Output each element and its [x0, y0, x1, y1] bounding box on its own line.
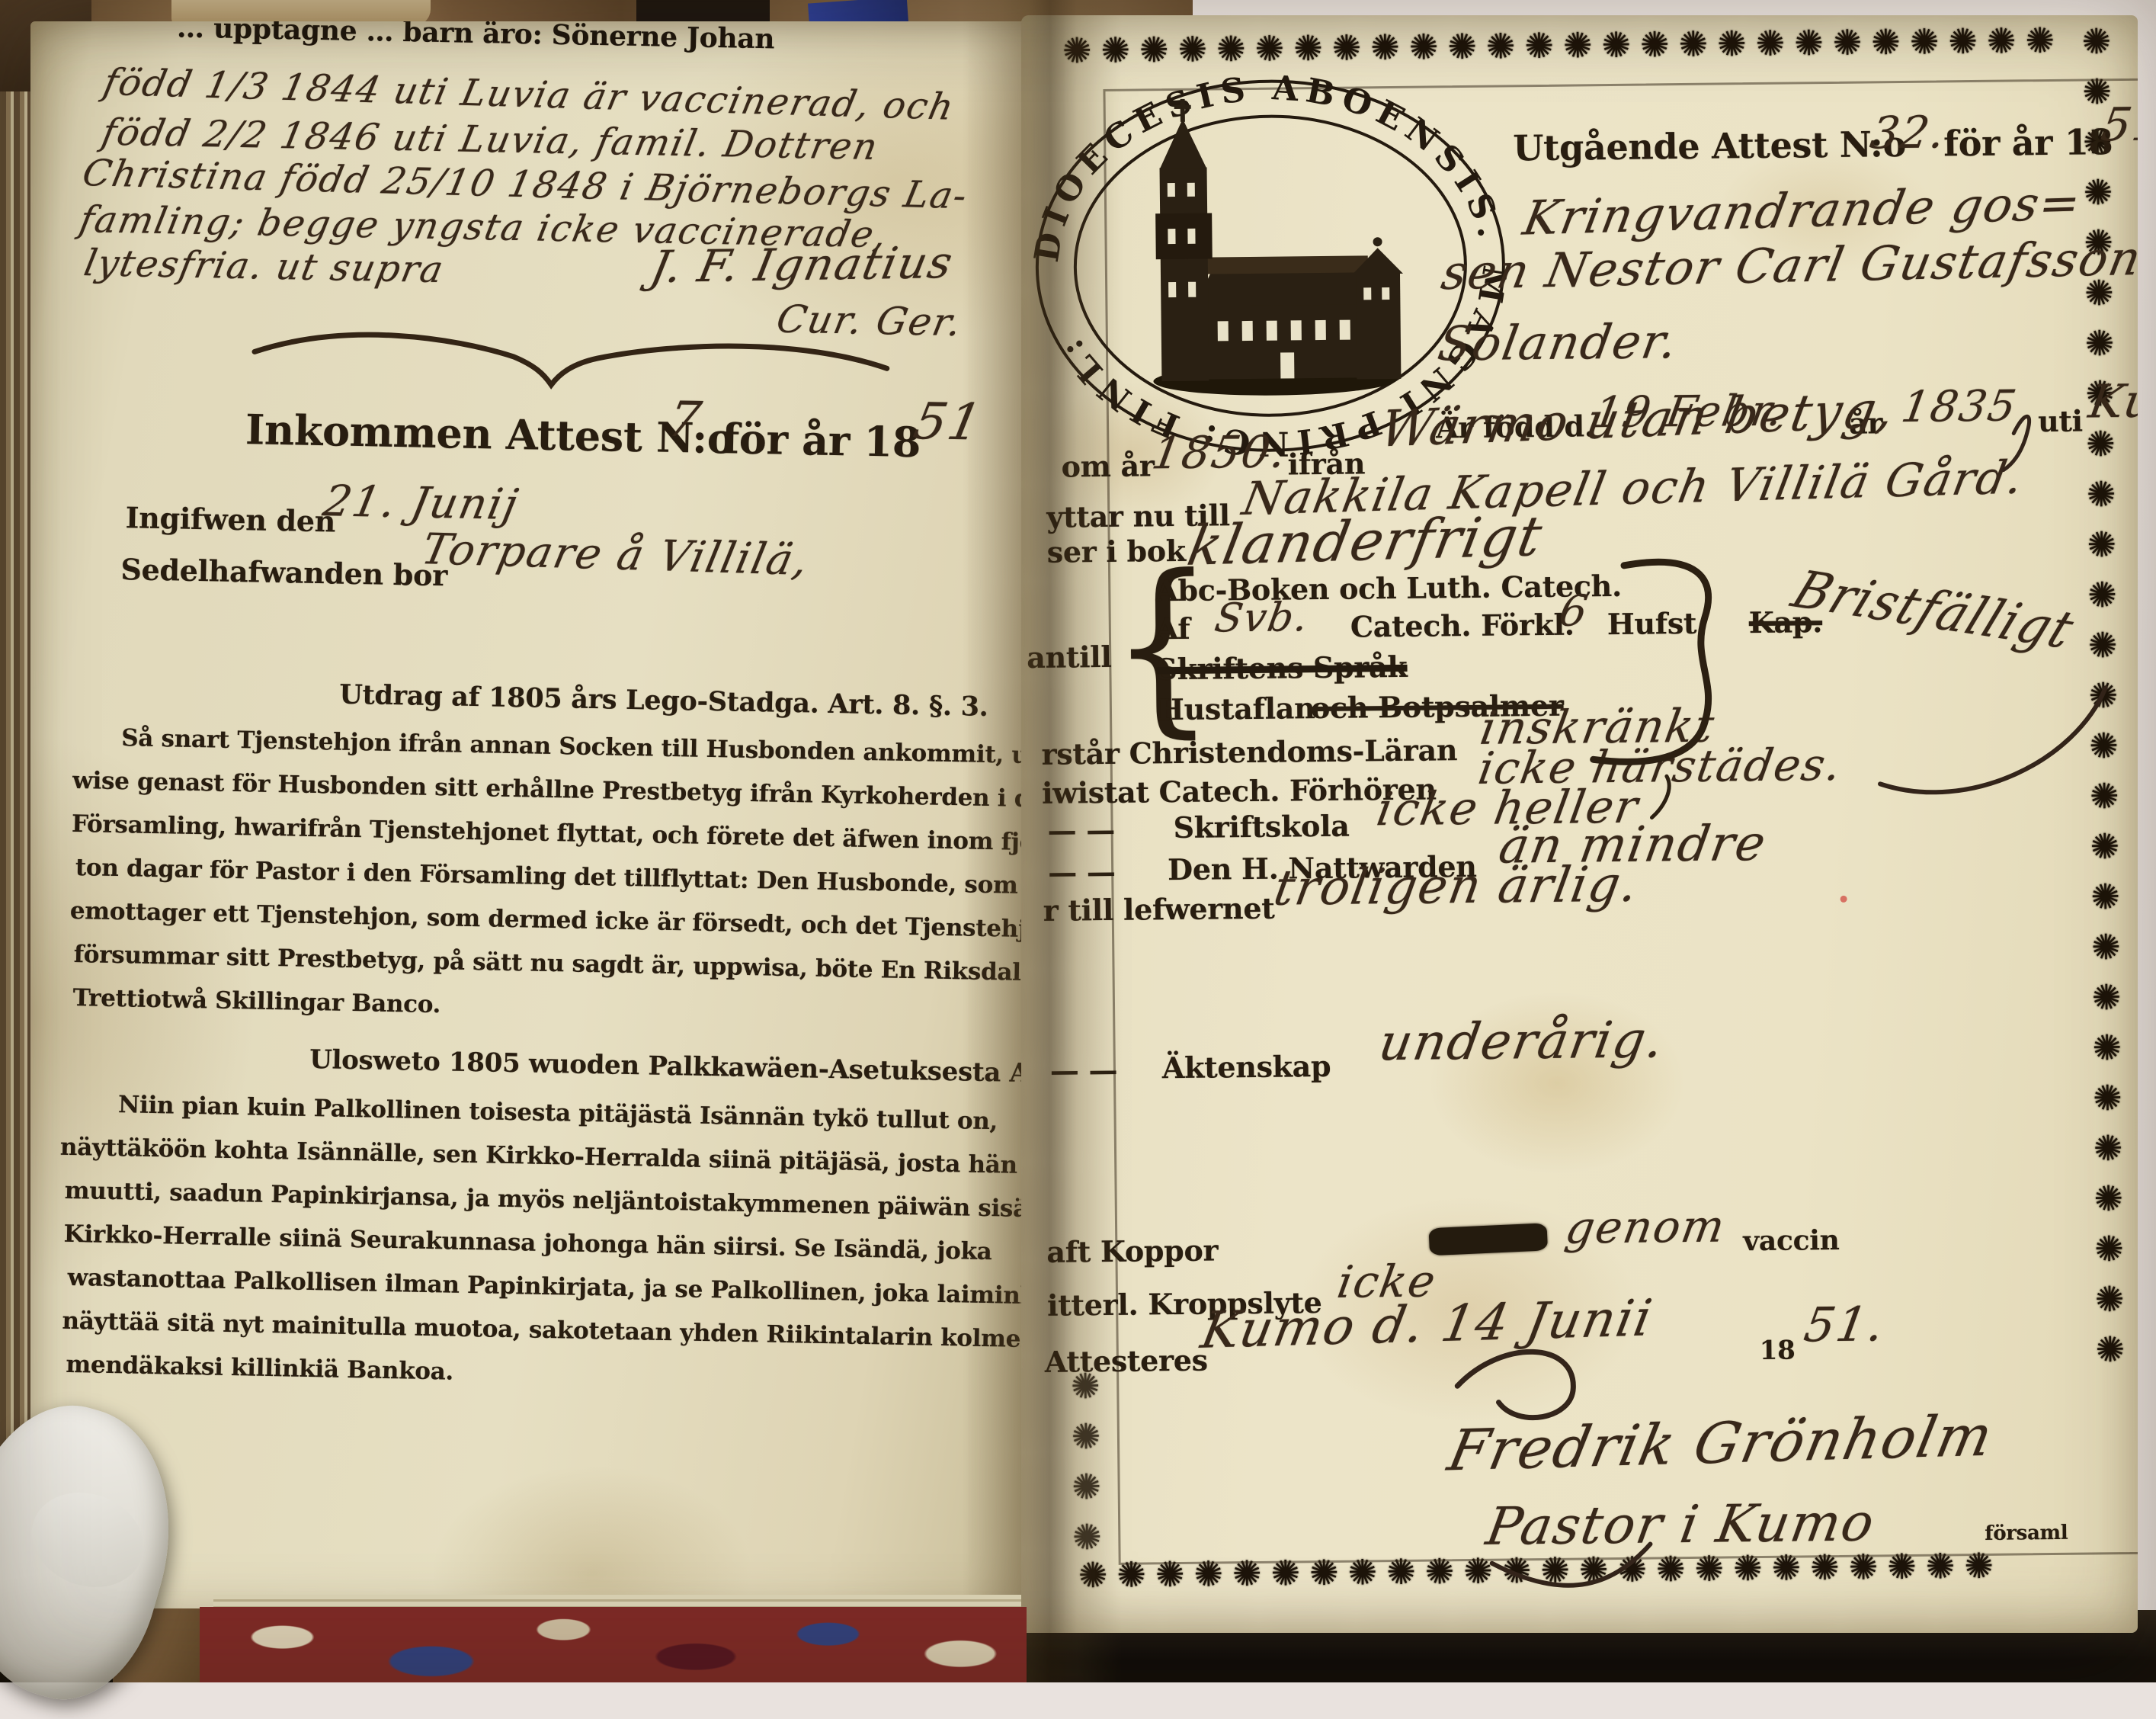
reads-grade: klanderfrigt — [1183, 504, 1548, 578]
marriage-value: underårig. — [1375, 1010, 1669, 1072]
extract-fi-line: wastanottaa Palkollisen ilman Papinkirja… — [67, 1264, 1052, 1310]
extract-sv-line: Församling, hwarifrån Tjenstehjonet flyt… — [72, 810, 1052, 857]
marriage-label: Äktenskap — [1162, 1049, 1331, 1085]
extract-sv-line: försummar sitt Prestbetyg, på sätt nu sa… — [73, 941, 1048, 987]
marbled-cover — [200, 1607, 1027, 1682]
catechism-item-hustaflan: Hustaflan — [1157, 691, 1315, 726]
catechism-item-hufst: Hufst. — [1607, 606, 1707, 641]
pastor-title-printed-suffix: församl — [1985, 1522, 2068, 1545]
confirmation-label: Skriftskola — [1173, 809, 1349, 845]
from-year: 1850. — [1148, 425, 1291, 479]
confirmation-dash: — — — [1047, 813, 1115, 848]
note-signature: J. F. Ignatius — [646, 236, 958, 293]
communion-dash: — — — [1048, 855, 1116, 890]
photo-of-open-attest-book: … upptagne … barn äro: Sönerne Johan föd… — [0, 0, 2156, 1682]
smallpox-vaccin-label: vaccin — [1743, 1224, 1840, 1257]
red-dot-artifact — [1840, 896, 1847, 903]
born-year: 1835 — [1898, 381, 2020, 432]
right-page: ✺✺✺✺✺✺✺✺✺✺✺✺✺✺✺✺✺✺✺✺✺✺✺✺✺✺ ✺✺✺✺✺✺✺✺✺✺✺✺✺… — [1021, 15, 2138, 1633]
extract-sv-line: Så snart Tjenstehjon ifrån annan Socken … — [121, 724, 1052, 770]
attest-label: Attesteres — [1045, 1343, 1208, 1379]
extract-fi-line: muutti, saadun Papinkirjansa, ja myös ne… — [64, 1177, 1052, 1224]
incoming-attest-year: 51 — [909, 392, 988, 451]
note-line: lytesfria. ut supra — [81, 242, 448, 291]
incoming-attest-heading: Inkommen Attest N:o — [245, 405, 735, 463]
outgoing-attest-number: 32. — [1866, 106, 1950, 159]
catechism-item-forkl: Catech. Förkl. — [1350, 608, 1575, 644]
catechism-item-hw-svb: Svb. — [1212, 595, 1313, 641]
from-label: om år — [1061, 448, 1154, 483]
extract-fi-line: näyttäköön kohta Isännälle, sen Kirkko-H… — [60, 1134, 1018, 1179]
holder-value: Torpare å Villilä, — [418, 524, 814, 585]
outgoing-attest-heading: Utgående Attest N:o — [1513, 123, 1906, 168]
ink-blot-icon — [1429, 1223, 1548, 1256]
rosette-border-left-icon: ✺✺✺✺ — [1065, 1365, 1108, 1567]
left-page: … upptagne … barn äro: Sönerne Johan föd… — [30, 21, 1052, 1621]
born-place-label: uti — [2038, 404, 2083, 439]
extract-sv-line: emottager ett Tjenstehjon, som dermed ic… — [70, 897, 1052, 945]
extract-sv-line: ton dagar för Pastor i den Församling de… — [75, 854, 1018, 900]
extract-sv-heading: Utdrag af 1805 års Lego-Stadga. Art. 8. … — [339, 679, 988, 723]
attest-year: 51. — [1800, 1296, 1889, 1352]
subject-line: Solander. — [1434, 313, 1683, 371]
holder-label: Sedelhafwanden bor — [120, 552, 447, 592]
marriage-dash: — — — [1050, 1053, 1118, 1088]
outgoing-attest-year-prefix: för år 18 — [1943, 121, 2113, 164]
extract-sv-line: Trettiotwå Skillingar Banco. — [72, 984, 440, 1018]
extract-fi-heading: Ulosweto 1805 wuoden Palkkawäen-Asetukse… — [309, 1044, 1052, 1092]
given-date-value: 21. Junij — [319, 476, 523, 530]
clipped-printed-line: … upptagne … barn äro: Sönerne Johan — [177, 21, 775, 55]
given-date-label: Ingifwen den — [125, 500, 335, 538]
attest-year-prefix: 18 — [1760, 1336, 1796, 1366]
smallpox-value: genom — [1562, 1200, 1729, 1253]
church-illustration-icon — [1151, 97, 1405, 396]
catechism-struck-item: Skriftens Språk — [1156, 649, 1408, 686]
pastor-title: Pastor i Kumo — [1482, 1493, 1879, 1557]
note-signature-title: Cur. Ger. — [773, 297, 966, 345]
catechism-fragment: antill — [1027, 640, 1112, 675]
extract-sv-line: wise genast för Husbonden sitt erhållne … — [72, 767, 1052, 813]
extract-fi-line: Niin pian kuin Palkollinen toisesta pitä… — [118, 1091, 998, 1135]
catechism-item-af: Af — [1156, 611, 1190, 646]
incoming-attest-year-prefix: för år 18 — [721, 414, 921, 467]
extract-fi-line: näyttää sitä nyt mainitulla muotoa, sako… — [62, 1307, 1052, 1355]
exams-label: iwistat Catech. Förhören — [1042, 771, 1437, 810]
understands-label: rstår Christendoms-Läran — [1041, 733, 1457, 771]
smallpox-label: aft Koppor — [1046, 1233, 1218, 1268]
extract-fi-line: mendäkaksi killinkiä Bankoa. — [66, 1351, 453, 1386]
conduct-label: r till lefwernet — [1043, 891, 1274, 928]
extract-fi-line: Kirkko-Herralle siinä Seurakunnasa johon… — [63, 1220, 992, 1265]
conduct-value: troligen ärlig. — [1270, 857, 1642, 917]
born-place: Kumo — [2085, 374, 2138, 428]
